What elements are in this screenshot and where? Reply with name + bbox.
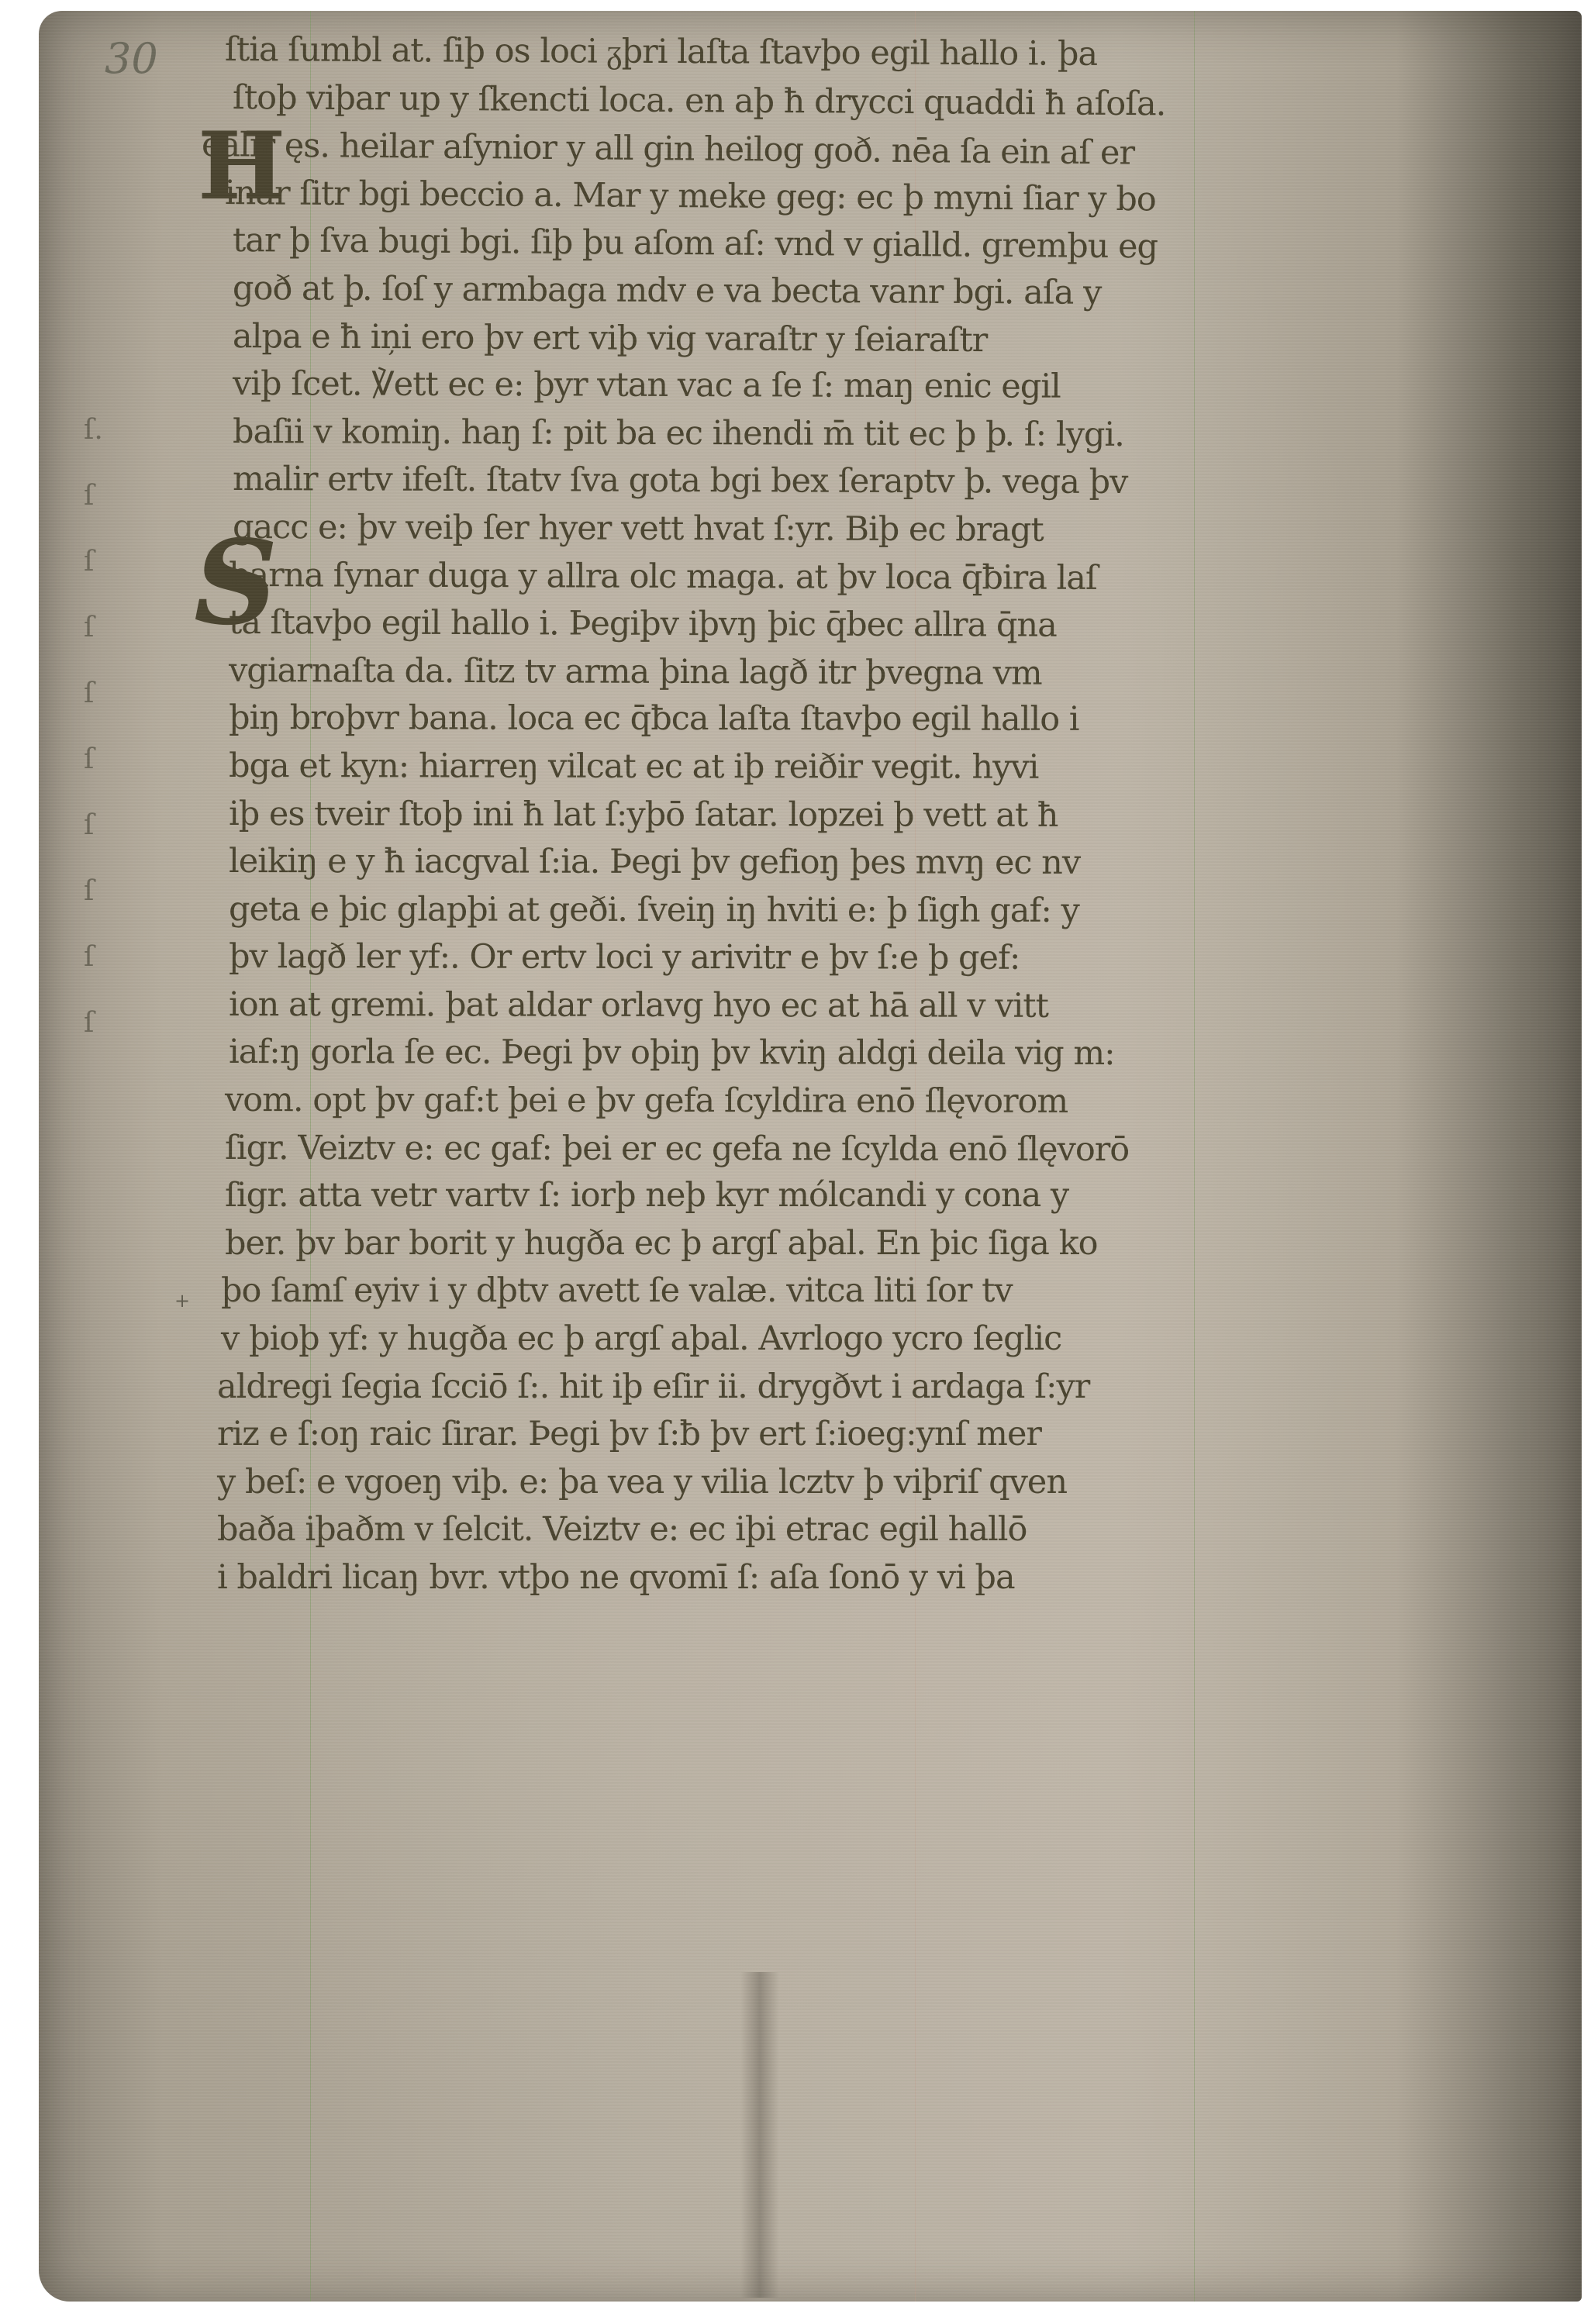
text-line: ſtoþ viþar up y ſkencti loca. en aþ ħ dr… [233, 74, 1473, 131]
text-line: barna ſynar duga y allra olc maga. at þv… [229, 552, 1469, 604]
text-line: ion at gremi. þat aldar orlavg hyo ec at… [229, 981, 1469, 1031]
text-line: ſigr. atta vetr vartv ſ: iorþ neþ kyr mó… [225, 1172, 1465, 1220]
text-line: malir ertv ifeſt. ſtatv ſva gota bgi bex… [233, 456, 1473, 508]
margin-mark: ſ [84, 612, 115, 678]
text-line: leikiŋ e y ħ iacgval ſ:ia. Þegi þv gefio… [229, 838, 1469, 888]
text-line: bga et kyn: hiarreŋ vilcat ec at iþ reið… [229, 743, 1469, 792]
text-line: ber. þv bar borit y hugða ec þ argſ aþal… [225, 1220, 1465, 1268]
text-line: tar þ ſva bugi bgi. ſiþ þu aſom aſ: vnd … [233, 217, 1473, 274]
text-line: vgiarnaſta da. ſitz tv arma þina lagð it… [229, 647, 1469, 699]
text-line: gacc e: þv veiþ ſer hyer vett hvat ſ:yr.… [233, 504, 1473, 556]
text-line: vom. opt þv gaf:t þei e þv gefa ſcyldira… [225, 1077, 1465, 1126]
text-line: i baldri licaŋ bvr. vtþo ne qvomī ſ: aſa… [217, 1554, 1458, 1602]
text-line: riz e ſ:oŋ raic ſirar. Þegi þv ſ:ƀ þv er… [217, 1411, 1458, 1459]
marginal-cross-mark: + [174, 1290, 190, 1312]
vellum-crease [740, 1972, 779, 2298]
text-line: v þioþ yf: y hugða ec þ argſ aþal. Avrlo… [221, 1315, 1461, 1364]
margin-mark: ſ [84, 941, 115, 1007]
text-line: ta ſtavþo egil hallo i. Þegiþv iþvŋ þic … [229, 599, 1469, 651]
text-line: baða iþaðm v ſelcit. Veiztv e: ec iþi et… [217, 1506, 1458, 1554]
text-line: iþ es tveir ſtoþ ini ħ lat ſ:yþō ſatar. … [229, 791, 1469, 840]
text-line: þiŋ broþvr bana. loca ec q̄ƀca laſta ſta… [229, 695, 1469, 744]
text-line: alpa e ħ iņi ero þv ert viþ vig varaſtr … [233, 313, 1473, 367]
text-line: baſii v komiŋ. haŋ ſ: pit ba ec ihendi m… [233, 409, 1473, 460]
margin-mark: ſ [84, 1007, 115, 1073]
margin-marks: ſ. ſ ſ ſ ſ ſ ſ ſ ſ ſ [84, 414, 115, 1073]
text-line: aldregi ſegia ſcciō ſ:. hit iþ eſir ii. … [217, 1364, 1458, 1412]
margin-mark: ſ [84, 678, 115, 743]
margin-mark: ſ [84, 480, 115, 546]
margin-mark: ſ [84, 809, 115, 875]
text-line: viþ ſcet. ℣ett ec e: þyr vtan vac a ſe ſ… [233, 360, 1473, 412]
text-line: goð at þ. ſoſ y armbaga mdv e va becta v… [233, 265, 1473, 319]
text-line: ſtia ſumbl at. ſiþ os loci ᵹþri laſta ſt… [225, 26, 1465, 81]
margin-mark: ſ [84, 546, 115, 612]
text-line: þv lagð ler yf:. Or ertv loci y arivitr … [229, 933, 1469, 983]
margin-mark: ſ [84, 875, 115, 941]
text-line: þo ſamſ eyiv i y dþtv avett ſe valæ. vit… [221, 1267, 1461, 1315]
text-line: ſigr. Veiztv e: ec gaf: þei er ec gefa n… [225, 1125, 1465, 1174]
text-line: geta e þic glapþi at geði. ſveiŋ iŋ hvit… [229, 886, 1469, 936]
manuscript-text: ſtia ſumbl at. ſiþ os loci ᵹþri laſta ſt… [225, 26, 1465, 1602]
text-line: y beſ: e vgoeŋ viþ. e: þa vea y vilia lc… [217, 1459, 1458, 1507]
text-line: iaf:ŋ gorla ſe ec. Þegi þv oþiŋ þv kviŋ … [229, 1029, 1469, 1078]
manuscript-leaf: 30 H S ſ. ſ ſ ſ ſ ſ ſ ſ ſ ſ + ſtia ſumbl… [39, 11, 1582, 2302]
margin-mark: ſ. [84, 414, 115, 480]
folio-number: 30 [105, 34, 158, 83]
margin-mark: ſ [84, 743, 115, 809]
